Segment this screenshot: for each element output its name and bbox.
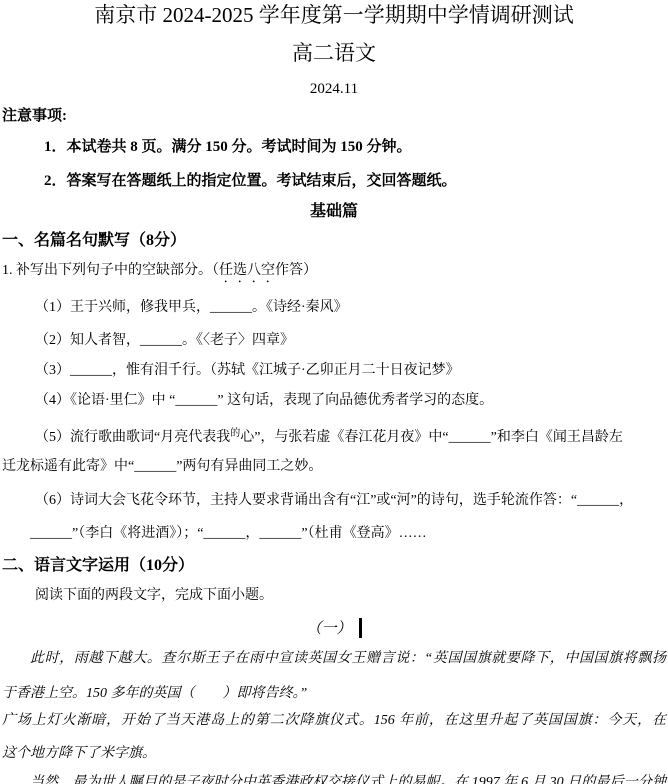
blank-item-4: （4）《论语·里仁》中 “______” 这句话，表现了向品德优秀者学习的态度。 <box>35 391 493 410</box>
blank-item-5-line-2: 迁龙标遥有此寄》中“______”两句有异曲同工之妙。 <box>2 457 322 476</box>
doc-subtitle: 高二语文 <box>0 40 668 66</box>
intro-emphasized-text: 任选八空 <box>219 263 275 278</box>
passage-p2-line-1: 广场上灯火渐暗，开始了当天港岛上的第二次降旗仪式。156 年前，在这里升起了英国… <box>0 711 668 730</box>
intro-prefix: 1. 补写出下列句子中的空缺部分。（ <box>2 263 219 278</box>
part-heading: 基础篇 <box>0 202 668 221</box>
blank-item-5-line-1: （5）流行歌曲歌词“月亮代表我的心”，与张若虚《春江花月夜》中“______”和… <box>35 424 623 447</box>
blank-item-3: （3）______，惟有泪千行。（苏轼《江城子·乙卯正月二十日夜记梦》 <box>35 361 460 380</box>
passage-label-line: （一） <box>0 618 668 639</box>
section-one-heading: 一、名篇名句默写（8分） <box>2 231 186 250</box>
notice-item-2: 2．答案写在答题纸上的指定位置。考试结束后，交回答题纸。 <box>44 172 457 191</box>
passage-p1-line-2: 于香港上空。150 多年的英国（ ）即将告终。” <box>2 684 307 703</box>
exam-paper-page: 南京市 2024-2025 学年度第一学期期中学情调研测试 高二语文 2024.… <box>0 0 668 784</box>
intro-suffix: 作答） <box>275 263 317 278</box>
item5-superscript: 的 <box>230 428 240 439</box>
doc-title: 南京市 2024-2025 学年度第一学期期中学情调研测试 <box>0 2 668 28</box>
section-one-intro: 1. 补写出下列句子中的空缺部分。（任选八空作答） <box>2 261 317 286</box>
item5-text-post: 心”，与张若虚《春江花月夜》中“______”和李白《闻王昌龄左 <box>240 430 623 445</box>
blank-item-6-line-2: ______”（李白《将进酒》）；“______，______”（杜甫《登高》…… <box>30 524 427 543</box>
section-two-intro: 阅读下面的两段文字，完成下面小题。 <box>35 586 273 605</box>
notice-item-1: 1．本试卷共 8 页。满分 150 分。考试时间为 150 分钟。 <box>44 138 412 157</box>
notice-heading: 注意事项: <box>2 107 67 126</box>
passage-p2-line-2: 这个地方降下了米字旗。 <box>2 744 156 763</box>
blank-item-1: （1）王于兴师，修我甲兵，______。《诗经·秦风》 <box>35 298 348 317</box>
blank-item-2: （2）知人者智，______。《〈老子〉四章》 <box>35 331 294 350</box>
doc-date: 2024.11 <box>0 80 668 99</box>
passage-p3-line-1-clipped: 当然，最为世人瞩目的是子夜时分中英香港政权交接仪式上的易帜。在 1997 年 6… <box>0 773 668 784</box>
item5-text-pre: （5）流行歌曲歌词“月亮代表我 <box>35 430 230 445</box>
text-cursor <box>359 618 362 638</box>
passage-label: （一） <box>306 621 351 637</box>
blank-item-6-line-1: （6）诗词大会飞花令环节，主持人要求背诵出含有“江”或“河”的诗句，选手轮流作答… <box>35 491 633 510</box>
section-two-heading: 二、语言文字运用（10分） <box>2 556 194 575</box>
passage-p1-line-1: 此时，雨越下越大。查尔斯王子在雨中宣读英国女王赠言说：“英国国旗就要降下，中国国… <box>0 649 668 668</box>
